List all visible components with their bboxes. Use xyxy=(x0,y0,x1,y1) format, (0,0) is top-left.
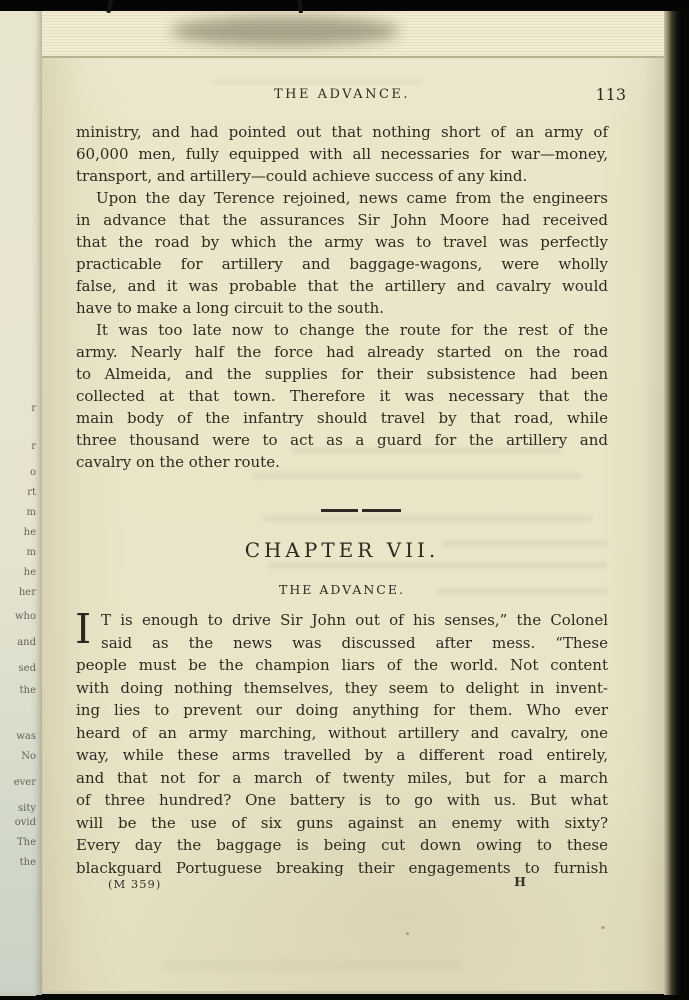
text-line: Upon the day Terence rejoined, news came… xyxy=(76,187,608,209)
body-text-block: ministry, and had pointed out that nothi… xyxy=(76,121,608,473)
edge-text-fragment: was xyxy=(16,732,36,742)
binding-clip-icon xyxy=(297,0,303,13)
text-line: Every day the baggage is being cut down … xyxy=(76,834,608,857)
text-line: will be the use of six guns against an e… xyxy=(76,812,608,835)
text-line: practicable for artillery and baggage-wa… xyxy=(76,253,608,275)
edge-text-fragment: he xyxy=(24,528,36,538)
text-line: main body of the infantry should travel … xyxy=(76,407,608,429)
edge-text-fragment: ovid xyxy=(15,818,36,828)
chapter-text-block: T is enough to drive Sir John out of his… xyxy=(76,609,608,879)
edge-text-fragment: the xyxy=(20,686,36,696)
book-scan: rrortmhemheherwhoandsedthewasNoeversityo… xyxy=(0,0,689,1000)
edge-text-fragment: o xyxy=(30,468,36,478)
text-line: It was too late now to change the route … xyxy=(76,319,608,341)
text-line: heard of an army marching, without artil… xyxy=(76,722,608,745)
edge-text-fragment: No xyxy=(21,752,36,762)
text-line: people must be the champion liars of the… xyxy=(76,654,608,677)
text-line: that the road by which the army was to t… xyxy=(76,231,608,253)
paper-speck xyxy=(406,932,409,935)
scan-background-bottom xyxy=(36,995,689,1000)
text-line: three thousand were to act as a guard fo… xyxy=(76,429,608,451)
paper-speck xyxy=(601,926,605,929)
page-top-edge xyxy=(42,10,668,58)
scan-background-top xyxy=(0,0,689,11)
text-line: with doing nothing themselves, they seem… xyxy=(76,677,608,700)
text-line: and that not for a march of twenty miles… xyxy=(76,767,608,790)
edge-text-fragment: sed xyxy=(19,664,36,674)
text-line: false, and it was probable that the arti… xyxy=(76,275,608,297)
text-line: army. Nearly half the force had already … xyxy=(76,341,608,363)
chapter-heading: CHAPTER VII. xyxy=(76,538,608,562)
edge-text-fragment: and xyxy=(17,638,36,648)
edge-text-fragment: rt xyxy=(27,488,36,498)
page-bottom-edge xyxy=(42,991,668,994)
edge-text-fragment: The xyxy=(17,838,36,848)
chapter-subheading: THE ADVANCE. xyxy=(76,582,608,597)
bleed-through-mark xyxy=(262,515,592,522)
bleed-through-mark xyxy=(212,78,422,85)
bleed-through-mark xyxy=(267,562,607,569)
bleed-through-mark xyxy=(162,960,462,972)
scan-shadow xyxy=(170,16,400,46)
text-line: 60,000 men, fully equipped with all nece… xyxy=(76,143,608,165)
section-rule xyxy=(321,509,401,512)
edge-text-fragment: he xyxy=(24,568,36,578)
text-line: have to make a long circuit to the south… xyxy=(76,297,608,319)
edge-text-fragment: sity xyxy=(18,804,36,814)
printers-key: (M 359) xyxy=(108,877,161,891)
signature-mark: H xyxy=(510,874,530,889)
book-page: THE ADVANCE. 113 ministry, and had point… xyxy=(42,10,668,993)
book-right-edge xyxy=(664,0,689,1000)
text-line: said as the news was discussed after mes… xyxy=(76,632,608,655)
edge-text-fragment: her xyxy=(19,588,36,598)
edge-text-fragment: m xyxy=(27,508,36,518)
edge-text-fragment: m xyxy=(27,548,36,558)
text-line: ministry, and had pointed out that nothi… xyxy=(76,121,608,143)
text-line: in advance that the assurances Sir John … xyxy=(76,209,608,231)
text-line: ing lies to prevent our doing anything f… xyxy=(76,699,608,722)
edge-text-fragment: r xyxy=(31,404,36,414)
text-line: collected at that town. Therefore it was… xyxy=(76,385,608,407)
text-line: T is enough to drive Sir John out of his… xyxy=(76,609,608,632)
text-line: cavalry on the other route. xyxy=(76,451,608,473)
edge-text-fragment: ever xyxy=(14,778,36,788)
bleed-through-mark xyxy=(252,472,582,479)
text-line: way, while these arms travelled by a dif… xyxy=(76,744,608,767)
text-line: of three hundred? One battery is to go w… xyxy=(76,789,608,812)
page-number: 113 xyxy=(562,85,626,104)
edge-text-fragment: r xyxy=(31,442,36,452)
edge-text-fragment: the xyxy=(20,858,36,868)
facing-page-edge: rrortmhemheherwhoandsedthewasNoeversityo… xyxy=(0,8,42,996)
text-line: to Almeida, and the supplies for their s… xyxy=(76,363,608,385)
running-head: THE ADVANCE. xyxy=(76,87,608,102)
text-line: transport, and artillery—could achieve s… xyxy=(76,165,608,187)
edge-text-fragment: who xyxy=(15,612,36,622)
